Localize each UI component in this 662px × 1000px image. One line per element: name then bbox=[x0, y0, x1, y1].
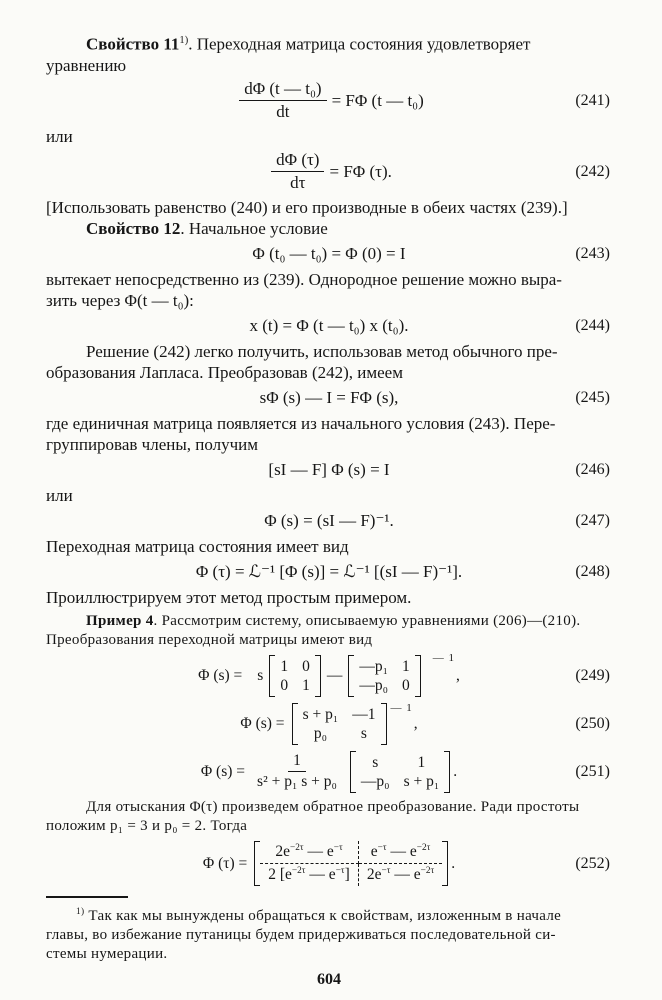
comma: , bbox=[414, 715, 418, 733]
equation-245: sΦ (s) — I = FΦ (s), (245) bbox=[46, 387, 612, 409]
matrix: s1 —p₀s + p₁ bbox=[350, 751, 450, 793]
exponent: −2τ bbox=[292, 866, 306, 876]
equation-number: (247) bbox=[575, 512, 610, 530]
matrix-cell: s + p₁ bbox=[404, 772, 440, 791]
paragraph-follows-243: вытекает непосредственно из (239). Однор… bbox=[46, 269, 612, 290]
footnote-line3: стемы нумерации. bbox=[46, 945, 612, 964]
minus-sign: — bbox=[327, 667, 343, 685]
term: — e bbox=[306, 866, 336, 883]
equation-number: (252) bbox=[575, 855, 610, 873]
equation-number: (242) bbox=[575, 163, 610, 181]
exponent: −τ bbox=[336, 866, 345, 876]
equation-number: (244) bbox=[575, 317, 610, 335]
or-connector: или bbox=[46, 485, 612, 506]
term: 2e bbox=[367, 866, 382, 883]
matrix-cell: 0 bbox=[302, 657, 310, 676]
equation-249: Φ (s) = s 10 01 — —p₁1 — bbox=[46, 652, 612, 700]
book-page: { "p1": { "bold": "Свойство 11", "sup": … bbox=[0, 0, 662, 1000]
laplace-paragraph-line2: образования Лапласа. Преобразовав (242),… bbox=[46, 362, 612, 383]
or-connector: или bbox=[46, 126, 612, 147]
fraction-numerator: dΦ (τ) bbox=[271, 150, 324, 172]
scalar-s: s bbox=[257, 667, 263, 685]
matrix-cell: 1 bbox=[280, 657, 288, 676]
inverse-exponent: — 1 bbox=[433, 652, 455, 664]
matrix-cell: —p₁ bbox=[359, 657, 388, 676]
exponent: −τ bbox=[378, 843, 387, 853]
matrix-cell: 2 [e−2τ — e−τ] bbox=[260, 864, 359, 886]
equation-246: [sI — F] Φ (s) = I (246) bbox=[46, 459, 612, 481]
period: . bbox=[453, 763, 457, 781]
example-4-title: Пример 4 bbox=[86, 613, 154, 629]
equation-252: Φ (τ) = 2e−2τ — e−τ e−τ — e−2τ 2 [e−2τ —… bbox=[46, 838, 612, 890]
right-bracket bbox=[415, 655, 421, 697]
page-content: Свойство 111). Переходная матрица состоя… bbox=[0, 0, 662, 989]
term: — e bbox=[387, 843, 417, 860]
identity-matrix-paragraph: где единичная матрица появляется из нача… bbox=[46, 413, 612, 434]
matrix: s + p₁—1 p₀s bbox=[292, 703, 387, 745]
equation-number: (249) bbox=[575, 667, 610, 685]
laplace-paragraph: Решение (242) легко получить, использова… bbox=[46, 341, 612, 362]
equation-247: Φ (s) = (sI — F)⁻¹. (247) bbox=[46, 510, 612, 532]
equation-243: Φ (t₀ — t₀) = Φ (0) = I (243) bbox=[46, 243, 612, 265]
equation-number: (248) bbox=[575, 563, 610, 581]
inverse-transform-paragraph-line2: положим p₁ = 3 и p₀ = 2. Тогда bbox=[46, 817, 612, 836]
footnote-marker: 1) bbox=[76, 907, 84, 917]
paragraph-follows-243-line2: зить через Φ(t — t₀): bbox=[46, 290, 612, 311]
equation-lhs: Φ (s) = bbox=[240, 715, 284, 733]
fraction-denominator: dτ bbox=[285, 172, 310, 193]
property-12-paragraph: Свойство 12. Начальное условие bbox=[46, 218, 612, 239]
property-11-title: Свойство 11 bbox=[86, 35, 179, 54]
term: — e bbox=[304, 843, 334, 860]
equation-lhs: Φ (s) = bbox=[201, 763, 245, 781]
equation-number: (250) bbox=[575, 715, 610, 733]
matrix-cells: 10 01 bbox=[275, 655, 315, 697]
term: 2 [e bbox=[268, 866, 292, 883]
matrix-cell: 0 bbox=[280, 676, 288, 695]
footnote-line2: главы, во избежание путаницы будем приде… bbox=[46, 926, 612, 945]
footnote-marker: 1) bbox=[179, 35, 188, 46]
exponent: −τ bbox=[334, 843, 343, 853]
matrix-cell: —1 bbox=[352, 705, 375, 724]
footnote-paragraph: 1) Так как мы вынуждены обращаться к сво… bbox=[46, 903, 612, 926]
term: 2e bbox=[275, 843, 290, 860]
identity-matrix-paragraph-line2: группировав члены, получим bbox=[46, 434, 612, 455]
transition-matrix-paragraph: Переходная матрица состояния имеет вид bbox=[46, 536, 612, 557]
property-11-text: . Переходная матрица состояния удовлетво… bbox=[188, 35, 530, 54]
property-11-paragraph: Свойство 111). Переходная матрица состоя… bbox=[46, 30, 612, 55]
equation-body: Φ (s) = (sI — F)⁻¹. bbox=[264, 511, 394, 531]
matrix-cell: p₀ bbox=[314, 724, 327, 743]
matrix-cell: s bbox=[361, 724, 367, 743]
example-4-text-line2: Преобразования переходной матрицы имеют … bbox=[46, 631, 612, 650]
equation-body: sΦ (s) — I = FΦ (s), bbox=[260, 388, 399, 408]
term: — e bbox=[390, 866, 420, 883]
equation-number: (243) bbox=[575, 245, 610, 263]
matrix-cell: 2e−τ — e−2τ bbox=[359, 864, 442, 886]
matrix-cell: 1 bbox=[402, 657, 410, 676]
matrix-cells: s + p₁—1 p₀s bbox=[298, 703, 381, 745]
example-4-text: . Рассмотрим систему, описываемую уравне… bbox=[154, 613, 581, 629]
equation-242: dΦ (τ)dτ = FΦ (τ). (242) bbox=[46, 148, 612, 196]
coefficient-fraction: 1s² + p₁ s + p₀ bbox=[252, 752, 342, 791]
page-number: 604 bbox=[46, 971, 612, 989]
right-bracket bbox=[442, 841, 448, 886]
equation-number: (245) bbox=[575, 389, 610, 407]
matrix-cells: —p₁1 —p₀0 bbox=[354, 655, 414, 697]
matrix-cells: 2e−2τ — e−τ e−τ — e−2τ 2 [e−2τ — e−τ] 2e… bbox=[260, 841, 442, 886]
right-bracket bbox=[381, 703, 387, 745]
matrix-cell: 0 bbox=[402, 676, 410, 695]
identity-matrix: 10 01 bbox=[269, 655, 321, 697]
right-bracket bbox=[426, 654, 432, 698]
equation-body: x (t) = Φ (t — t₀) x (t₀). bbox=[250, 316, 409, 336]
matrix-cell: —p₀ bbox=[359, 676, 388, 695]
equation-number: (251) bbox=[575, 763, 610, 781]
equation-number: (241) bbox=[575, 92, 610, 110]
equation-body: [sI — F] Φ (s) = I bbox=[268, 460, 389, 480]
equation-244: x (t) = Φ (t — t₀) x (t₀). (244) bbox=[46, 315, 612, 337]
exponent: −2τ bbox=[290, 843, 304, 853]
derivative-fraction: dΦ (τ)dτ bbox=[271, 150, 324, 193]
property-12-title: Свойство 12 bbox=[86, 219, 180, 238]
property-11-text-line2: уравнению bbox=[46, 55, 612, 76]
term: ] bbox=[345, 866, 350, 883]
example-4-paragraph: Пример 4. Рассмотрим систему, описываему… bbox=[46, 612, 612, 631]
term: e bbox=[371, 843, 378, 860]
equation-rhs: = FΦ (t — t₀) bbox=[332, 91, 424, 111]
footnote-rule bbox=[46, 896, 128, 898]
matrix-cell: 2e−2τ — e−τ bbox=[260, 841, 359, 864]
coefficient-matrix: —p₁1 —p₀0 bbox=[348, 655, 420, 697]
derivative-fraction: dΦ (t — t₀)dt bbox=[239, 79, 326, 122]
footnote-text: Так как мы вынуждены обращаться к свойст… bbox=[88, 908, 561, 924]
bracket-note: [Использовать равенство (240) и его прои… bbox=[46, 197, 612, 218]
matrix-cells: s1 —p₀s + p₁ bbox=[356, 751, 444, 793]
exponent: −2τ bbox=[421, 866, 435, 876]
right-bracket bbox=[315, 655, 321, 697]
illustrate-paragraph: Проиллюстрируем этот метод простым приме… bbox=[46, 587, 612, 608]
fraction-numerator: 1 bbox=[288, 752, 306, 772]
right-bracket bbox=[444, 751, 450, 793]
matrix-cell: e−τ — e−2τ bbox=[359, 841, 442, 864]
equation-rhs: = FΦ (τ). bbox=[329, 162, 391, 182]
equation-248: Φ (τ) = ℒ⁻¹ [Φ (s)] = ℒ⁻¹ [(sI — F)⁻¹]. … bbox=[46, 561, 612, 583]
property-12-text: . Начальное условие bbox=[180, 219, 327, 238]
comma: , bbox=[456, 667, 460, 685]
equation-body: Φ (t₀ — t₀) = Φ (0) = I bbox=[252, 244, 405, 264]
inverse-exponent: — 1 bbox=[391, 702, 413, 714]
matrix-cell: —p₀ bbox=[361, 772, 390, 791]
fraction-denominator: s² + p₁ s + p₀ bbox=[252, 772, 342, 791]
equation-241: dΦ (t — t₀)dt = FΦ (t — t₀) (241) bbox=[46, 77, 612, 125]
outer-bracket-group: s 10 01 — —p₁1 —p₀0 bbox=[246, 654, 431, 698]
fraction-numerator: dΦ (t — t₀) bbox=[239, 79, 326, 101]
equation-lhs: Φ (s) = bbox=[198, 667, 242, 685]
matrix-cell: 1 bbox=[302, 676, 310, 695]
inverse-transform-paragraph: Для отыскания Φ(τ) произведем обратное п… bbox=[46, 798, 612, 817]
matrix-cell: s bbox=[372, 753, 378, 772]
exponent: −2τ bbox=[417, 843, 431, 853]
matrix-cell: s + p₁ bbox=[303, 705, 339, 724]
partitioned-matrix: 2e−2τ — e−τ e−τ — e−2τ 2 [e−2τ — e−τ] 2e… bbox=[254, 841, 448, 886]
matrix-cell: 1 bbox=[418, 753, 426, 772]
equation-number: (246) bbox=[575, 461, 610, 479]
equation-251: Φ (s) = 1s² + p₁ s + p₀ s1 —p₀s + p₁ . (… bbox=[46, 748, 612, 796]
equation-250: Φ (s) = s + p₁—1 p₀s — 1 , (250) bbox=[46, 702, 612, 746]
bracket-contents: s 10 01 — —p₁1 —p₀0 bbox=[252, 654, 425, 698]
equation-lhs: Φ (τ) = bbox=[203, 855, 247, 873]
fraction-denominator: dt bbox=[271, 101, 294, 122]
period: . bbox=[451, 855, 455, 873]
equation-body: Φ (τ) = ℒ⁻¹ [Φ (s)] = ℒ⁻¹ [(sI — F)⁻¹]. bbox=[196, 562, 462, 582]
